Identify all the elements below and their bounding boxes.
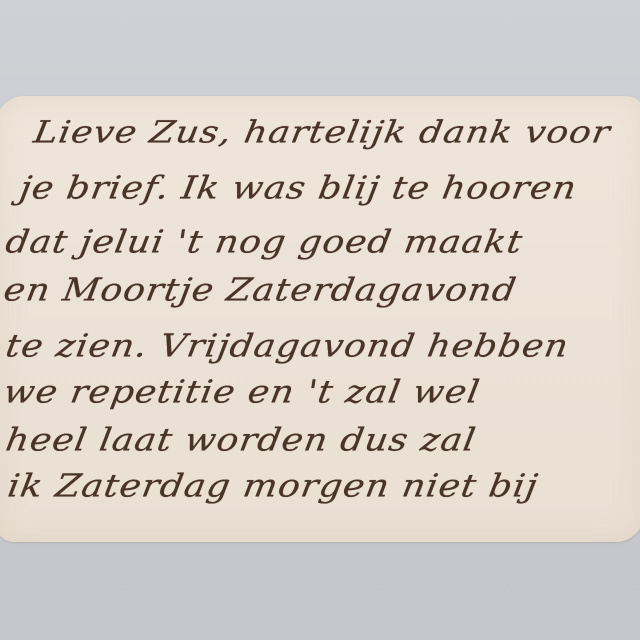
handwritten-line-1: Lieve Zus, hartelijk dank voor xyxy=(31,115,613,150)
handwritten-line-2: je brief. Ik was blij te hooren xyxy=(17,170,579,206)
handwritten-line-4: en Moortje Zaterdagavond xyxy=(1,272,519,308)
handwritten-line-5: te zien. Vrijdagavond hebben xyxy=(3,328,571,364)
handwritten-line-8: ik Zaterdag morgen niet bij xyxy=(5,468,541,504)
handwritten-line-7: heel laat worden dus zal xyxy=(3,422,479,458)
handwritten-line-6: we repetitie en 't zal wel xyxy=(1,374,483,410)
handwritten-line-3: dat jelui 't nog goed maakt xyxy=(3,224,525,260)
